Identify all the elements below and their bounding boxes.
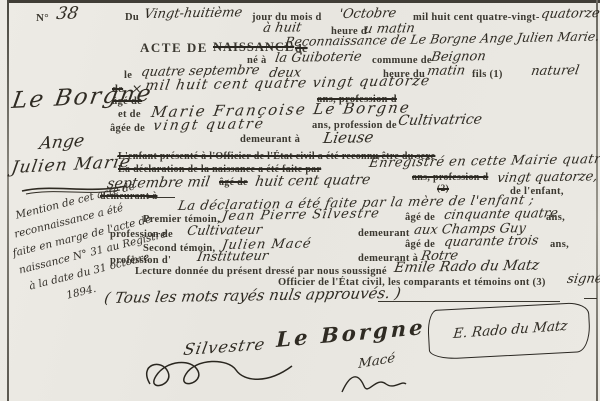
date-year-printed: mil huit cent quatre-vingt- [413, 12, 540, 23]
temoin1-age-label: âgé de [405, 212, 435, 223]
temoin2-ans-label: ans, [550, 239, 569, 250]
signature-leborgne: Le Borgne [276, 314, 426, 352]
closing-dash [378, 301, 560, 302]
page-border-left [7, 0, 9, 401]
signature-mace: Macé [358, 351, 395, 372]
temoin1-demeurant-label: demeurant [358, 228, 410, 239]
blank-dash [147, 197, 175, 198]
page-border-right [596, 0, 598, 401]
mother-profession-handwritten: Cultivatrice [397, 112, 483, 129]
agee-de-label: âgée de [110, 123, 145, 134]
signature-silvestre-flourish [136, 356, 296, 396]
enregistre-handwritten: Enregistré en cette Mairie quatre [368, 152, 600, 171]
commune-de-label: commune de [372, 55, 432, 66]
residence-handwritten: Lieuse [322, 128, 375, 147]
le-label: le [124, 70, 132, 81]
date-month-handwritten: 'Octobre [338, 6, 397, 22]
signature-officier: E. Rado du Matz [452, 318, 568, 342]
temoin1-name-handwritten: Jean Pierre Silvestre [221, 206, 381, 224]
signe-handwritten: signé [566, 271, 600, 287]
date-day-handwritten: Vingt-huitième [143, 5, 243, 22]
fils-label: fils (1) [472, 69, 503, 80]
age-de-struck-2: âgé de [219, 177, 248, 188]
date-du-label: Du [125, 12, 139, 23]
lecture-label: Lecture donnée du présent dressé par nou… [135, 266, 387, 277]
et-de-label: et de [118, 109, 141, 120]
civil-registry-document: N° 38 Du Vingt-huitième jour du mois d '… [0, 0, 600, 401]
demeurant-label: demeurant à [240, 134, 300, 145]
page-border-top [8, 0, 600, 3]
signature-mace-flourish [338, 370, 408, 398]
margin-name-middle: Julien Marie [10, 152, 133, 178]
numero-value: 38 [55, 4, 80, 24]
temoin2-profession-handwritten: Instituteur [196, 249, 269, 265]
date-year-handwritten: quatorze [540, 6, 600, 22]
margin-name-first: Ange [38, 131, 86, 154]
officier-name-handwritten: Emile Rado du Matz [393, 257, 540, 276]
temoin1-age-handwritten: cinquante quatre [443, 206, 559, 223]
mots-rayes-handwritten: ( Tous les mots rayés nuls approuvés. ) [103, 284, 402, 307]
numero-label: N° [36, 12, 49, 24]
mother-age-handwritten: vingt quatre [152, 116, 266, 134]
profession-struck-2: ans, profession d [412, 172, 488, 183]
ref-2-struck: (2) [437, 184, 449, 194]
matin-handwritten: matin [426, 63, 466, 79]
temoin1-ans-label: ans, [546, 212, 565, 223]
acte-de-label: ACTE DE [140, 40, 208, 56]
vingt-quatorze-handwritten: vingt quatorze, [496, 169, 599, 186]
signature-officier-box: E. Rado du Matz [427, 302, 591, 360]
edge-dash [584, 298, 597, 299]
birthplace-handwritten: la Guiboterie [274, 49, 363, 66]
huit-cent-quatre-handwritten: huit cent quatre [254, 172, 372, 190]
naturel-handwritten: naturel [530, 63, 580, 79]
